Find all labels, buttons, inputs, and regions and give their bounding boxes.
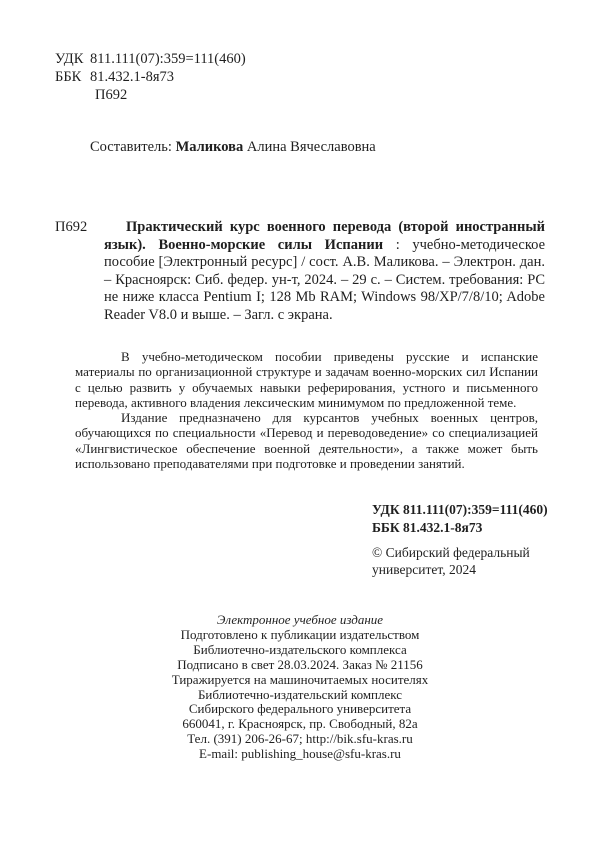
annotation: В учебно-методическом пособии приведены …: [75, 349, 538, 471]
imprint-page: УДК811.111(07):359=111(460) ББК81.432.1-…: [0, 0, 600, 849]
imprint-line: Библиотечно-издательский комплекс: [0, 688, 600, 703]
imprint-line: Подготовлено к публикации издательством: [0, 628, 600, 643]
compiler-line: Составитель: Маликова Алина Вячеславовна: [90, 139, 376, 156]
annotation-paragraph-2: Издание предназначено для курсантов учеб…: [75, 410, 538, 471]
entry-text: Практический курс военного перевода (вто…: [104, 219, 545, 325]
imprint-line: Сибирского федерального университета: [0, 702, 600, 717]
udk-value: 811.111(07):359=111(460): [90, 51, 246, 67]
bbk-value: 81.432.1-8я73: [90, 69, 174, 85]
compiler-label: Составитель:: [90, 139, 172, 155]
imprint-line-website: Тел. (391) 206-26-67; http://bik.sfu-kra…: [0, 732, 600, 747]
compiler-name: Алина Вячеславовна: [247, 139, 376, 155]
bbk-label: ББК: [55, 68, 90, 86]
annotation-paragraph-1: В учебно-методическом пособии приведены …: [75, 349, 538, 410]
copyright-notice: © Сибирский федеральный университет, 202…: [372, 545, 530, 578]
imprint-line-email: E-mail: publishing_house@sfu-kras.ru: [0, 747, 600, 762]
imprint-line: Подписано в свет 28.03.2024. Заказ № 211…: [0, 658, 600, 673]
edition-type: Электронное учебное издание: [0, 613, 600, 628]
copyright-line-1: © Сибирский федеральный: [372, 545, 530, 562]
right-classification-codes: УДК 811.111(07):359=111(460) ББК 81.432.…: [372, 501, 548, 537]
top-classification-codes: УДК811.111(07):359=111(460) ББК81.432.1-…: [55, 50, 246, 104]
copyright-line-2: университет, 2024: [372, 562, 530, 579]
udk-line: УДК811.111(07):359=111(460): [55, 50, 246, 68]
imprint-line: Тиражируется на машиночитаемых носителях: [0, 673, 600, 688]
compiler-surname: Маликова: [176, 139, 244, 155]
bibliographic-entry: П692 Практический курс военного перевода…: [55, 219, 545, 325]
publisher-imprint: Электронное учебное издание Подготовлено…: [0, 613, 600, 762]
entry-authors-sign: П692: [55, 219, 87, 237]
imprint-line: 660041, г. Красноярск, пр. Свободный, 82…: [0, 717, 600, 732]
bbk-line: ББК81.432.1-8я73: [55, 68, 246, 86]
authors-sign: П692: [55, 86, 246, 104]
bbk-line-bold: ББК 81.432.1-8я73: [372, 519, 548, 537]
udk-label: УДК: [55, 50, 90, 68]
udk-line-bold: УДК 811.111(07):359=111(460): [372, 501, 548, 519]
imprint-line: Библиотечно-издательского комплекса: [0, 643, 600, 658]
